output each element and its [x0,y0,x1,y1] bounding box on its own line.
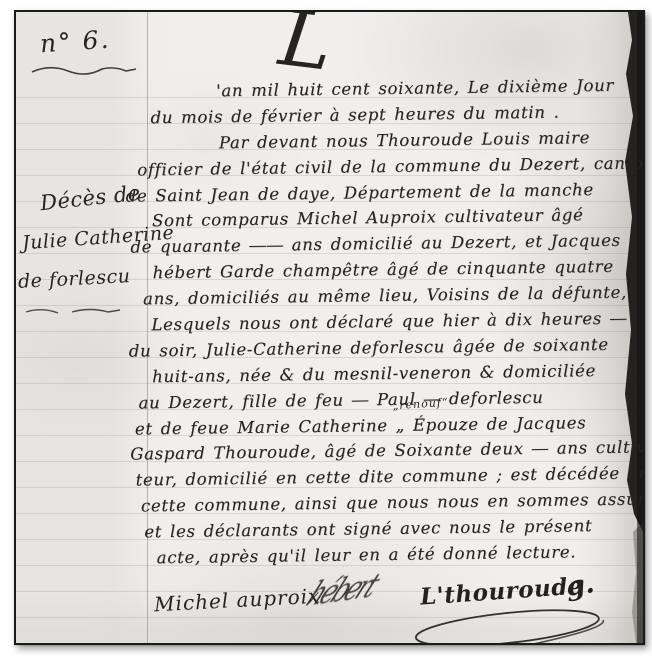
signature-thouroude: L'thouroude [419,572,584,610]
scanned-registry-page: n° 6. L Décès de Julie Catherine de forl… [14,10,645,645]
margin-note-flourish [24,304,124,318]
signature-flourish [408,608,608,645]
act-number-flourish [30,62,140,78]
act-body-text: 'an mil huit cent soixante, Le dixième J… [132,72,645,571]
act-text-line: acte, après qu'il leur en a été donné le… [157,538,645,571]
signature-hebert-scribble: hébert [300,568,383,614]
opening-letter-flourish: L [275,10,336,83]
screenshot-root: { "document_kind": "Acte de décès manusc… [0,0,652,659]
act-number: n° 6. [39,25,111,59]
margin-death-note-line3: de forlescu [18,265,131,293]
signature-michel-auproix: Michel auproix [153,584,320,617]
signature-paraph: g. [564,568,596,603]
